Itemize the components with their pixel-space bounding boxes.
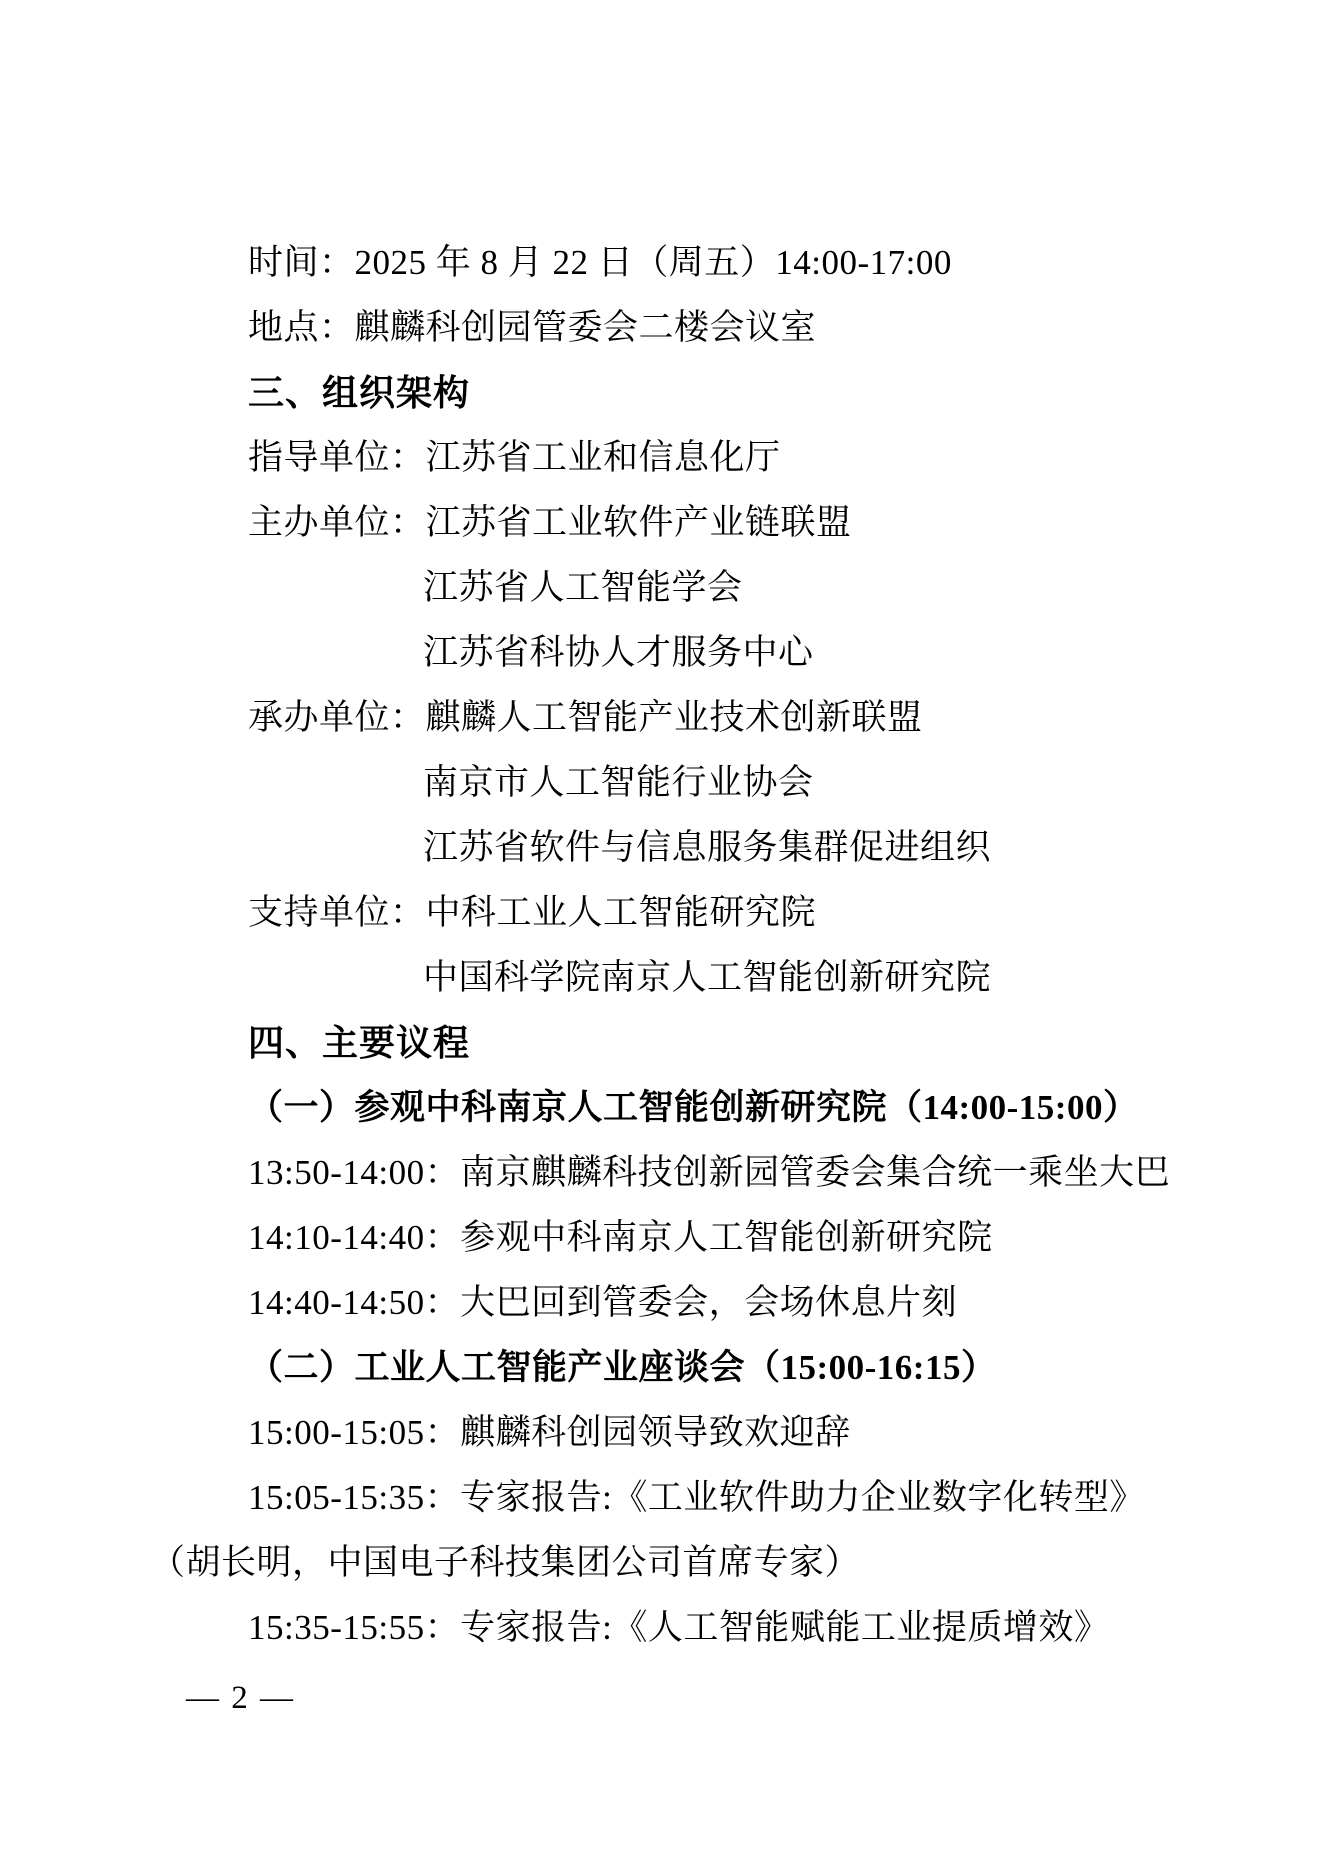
agenda-part1-title: （一）参观中科南京人工智能创新研究院（14:00-15:00） — [150, 1075, 1240, 1140]
agenda-part2-title: （二）工业人工智能产业座谈会（15:00-16:15） — [150, 1335, 1240, 1400]
schedule-item-report1: 15:05-15:35：专家报告:《工业软件助力企业数字化转型》 — [150, 1465, 1240, 1530]
document-page: { "page": { "background": "#ffffff", "te… — [0, 0, 1323, 1871]
role-line-guidance: 指导单位：江苏省工业和信息化厅 — [150, 425, 1240, 490]
org-name: 江苏省软件与信息服务集群促进组织 — [150, 815, 1240, 880]
document-body: 时间：2025 年 8 月 22 日（周五）14:00-17:00 地点：麒麟科… — [150, 230, 1240, 1660]
schedule-item: 13:50-14:00：南京麒麟科技创新园管委会集合统一乘坐大巴 — [150, 1140, 1240, 1205]
org-name: 江苏省科协人才服务中心 — [150, 620, 1240, 685]
section-heading-organization: 三、组织架构 — [150, 360, 1240, 425]
schedule-item: 14:40-14:50：大巴回到管委会，会场休息片刻 — [150, 1270, 1240, 1335]
role-label: 承办单位： — [248, 698, 426, 737]
role-line-organizer: 承办单位：麒麟人工智能产业技术创新联盟 — [150, 685, 1240, 750]
section-heading-agenda: 四、主要议程 — [150, 1010, 1240, 1075]
venue-line: 地点：麒麟科创园管委会二楼会议室 — [150, 295, 1240, 360]
org-name: 中国科学院南京人工智能创新研究院 — [150, 945, 1240, 1010]
schedule-item: 15:00-15:05：麒麟科创园领导致欢迎辞 — [150, 1400, 1240, 1465]
org-name: 江苏省工业软件产业链联盟 — [426, 503, 852, 542]
page-number: — 2 — — [186, 1666, 295, 1731]
org-name: 麒麟人工智能产业技术创新联盟 — [426, 698, 923, 737]
org-name: 江苏省人工智能学会 — [150, 555, 1240, 620]
org-name: 中科工业人工智能研究院 — [426, 893, 817, 932]
role-line-support: 支持单位：中科工业人工智能研究院 — [150, 880, 1240, 945]
time-line: 时间：2025 年 8 月 22 日（周五）14:00-17:00 — [150, 230, 1240, 295]
role-label: 指导单位： — [248, 438, 426, 477]
schedule-item: 14:10-14:40：参观中科南京人工智能创新研究院 — [150, 1205, 1240, 1270]
org-name: 江苏省工业和信息化厅 — [426, 438, 781, 477]
role-line-host: 主办单位：江苏省工业软件产业链联盟 — [150, 490, 1240, 555]
org-name: 南京市人工智能行业协会 — [150, 750, 1240, 815]
schedule-item-report2: 15:35-15:55：专家报告:《人工智能赋能工业提质增效》 — [150, 1595, 1240, 1660]
speaker-note: （胡长明，中国电子科技集团公司首席专家） — [150, 1530, 1240, 1595]
role-label: 主办单位： — [248, 503, 426, 542]
role-label: 支持单位： — [248, 893, 426, 932]
